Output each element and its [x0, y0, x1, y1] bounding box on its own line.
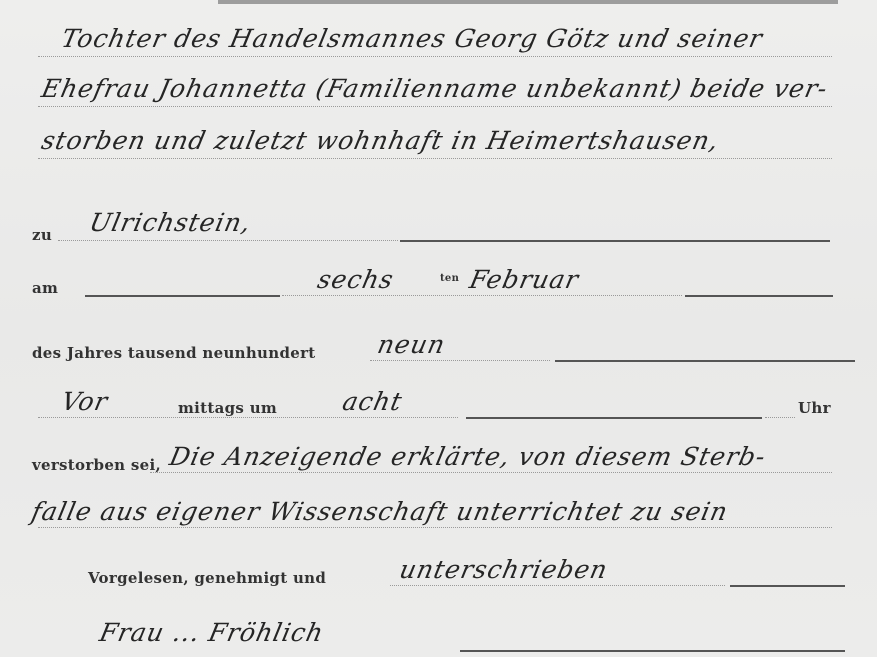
dotted-line — [765, 417, 795, 418]
line-9: falle aus eigener Wissenschaft unterrich… — [0, 495, 877, 539]
handwritten-text: Die Anzeigende erklärte, von diesem Ster… — [167, 442, 769, 471]
fill-rule — [85, 295, 280, 297]
handwritten-unterschrieben: unterschrieben — [397, 555, 611, 584]
dotted-line — [58, 240, 398, 241]
register-page: Tochter des Handelsmannes Georg Götz und… — [0, 0, 877, 657]
line-1: Tochter des Handelsmannes Georg Götz und… — [0, 18, 877, 62]
dotted-line — [150, 472, 832, 473]
fill-rule — [685, 295, 833, 297]
printed-label-ten: ten — [440, 273, 459, 284]
dotted-line — [38, 106, 832, 107]
printed-label-verstorben: verstorben sei, — [32, 456, 161, 474]
handwritten-hour: acht — [340, 387, 405, 416]
fill-rule — [466, 417, 762, 419]
line-signature: Frau ... Fröhlich — [0, 618, 877, 657]
fill-rule — [460, 650, 845, 652]
printed-label-vorgelesen: Vorgelesen, genehmigt und — [88, 569, 326, 587]
line-deceased: verstorben sei, Die Anzeigende erklärte,… — [0, 440, 877, 484]
dotted-line — [390, 585, 725, 586]
handwritten-text: Tochter des Handelsmannes Georg Götz und… — [59, 24, 766, 53]
handwritten-vor: Vor — [59, 387, 111, 416]
fill-rule — [730, 585, 845, 587]
line-place: zu Ulrichstein, — [0, 210, 877, 254]
printed-label-am: am — [32, 279, 58, 297]
handwritten-day: sechs — [315, 265, 397, 294]
printed-label-year: des Jahres tausend neunhundert — [32, 344, 316, 362]
line-date: am sechs ten Februar — [0, 265, 877, 309]
dotted-line — [38, 56, 832, 57]
printed-label-uhr: Uhr — [798, 399, 831, 417]
dotted-line — [38, 158, 832, 159]
printed-label-zu: zu — [32, 226, 52, 244]
dotted-line — [38, 527, 832, 528]
handwritten-text: falle aus eigener Wissenschaft unterrich… — [29, 497, 731, 526]
fill-rule — [400, 240, 830, 242]
handwritten-text: Ehefrau Johannetta (Familienname unbekan… — [39, 74, 831, 103]
handwritten-text: storben und zuletzt wohnhaft in Heimerts… — [39, 126, 722, 155]
line-3: storben und zuletzt wohnhaft in Heimerts… — [0, 120, 877, 164]
handwritten-month: Februar — [467, 265, 582, 294]
fill-rule — [555, 360, 855, 362]
dotted-line — [370, 360, 550, 361]
line-signature-statement: Vorgelesen, genehmigt und unterschrieben — [0, 555, 877, 599]
dotted-line — [38, 417, 458, 418]
line-year: des Jahres tausend neunhundert neun — [0, 330, 877, 374]
handwritten-signature: Frau ... Fröhlich — [97, 618, 327, 647]
printed-label-mittags: mittags um — [178, 399, 277, 417]
line-time: Vor mittags um acht Uhr — [0, 385, 877, 429]
handwritten-year: neun — [375, 330, 448, 359]
dotted-line — [282, 295, 682, 296]
handwritten-place: Ulrichstein, — [87, 208, 254, 237]
top-rule — [218, 0, 838, 4]
line-2: Ehefrau Johannetta (Familienname unbekan… — [0, 68, 877, 112]
